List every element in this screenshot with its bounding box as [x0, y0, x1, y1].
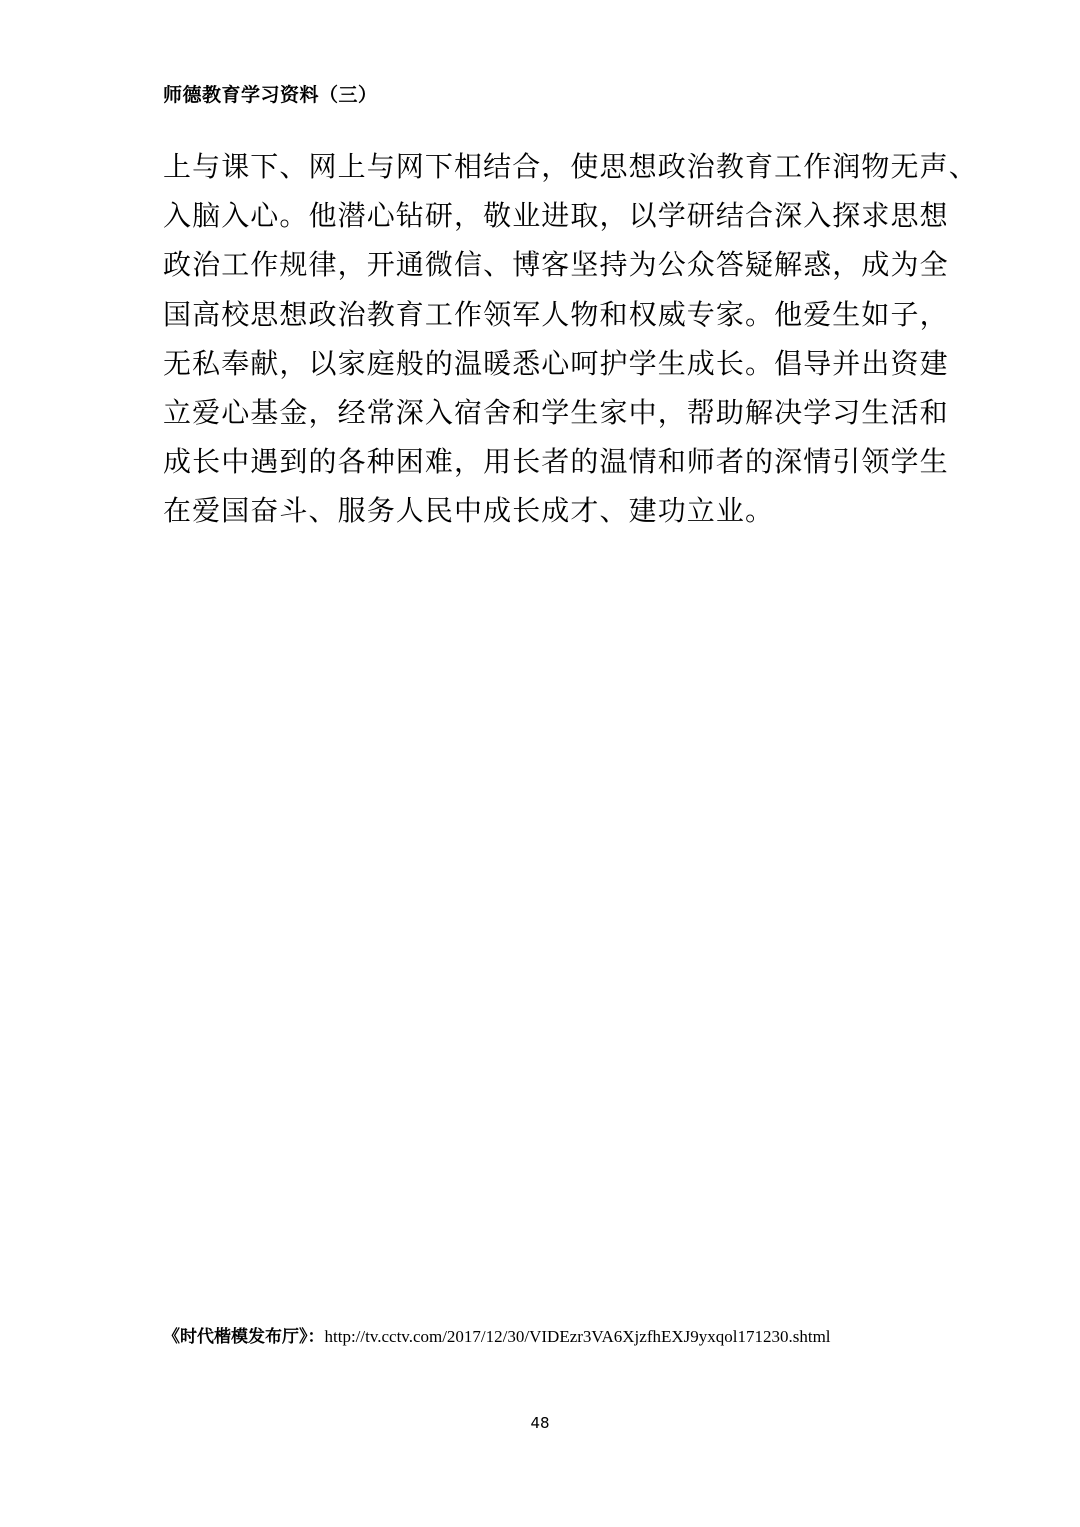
paragraph-line: 政治工作规律，开通微信、博客坚持为公众答疑解惑，成为全: [163, 240, 923, 289]
body-paragraph: 上与课下、网上与网下相结合，使思想政治教育工作润物无声、 入脑入心。他潜心钻研，…: [163, 142, 923, 536]
paragraph-line: 立爱心基金，经常深入宿舍和学生家中，帮助解决学习生活和: [163, 388, 923, 437]
paragraph-line: 无私奉献，以家庭般的温暖悉心呵护学生成长。倡导并出资建: [163, 339, 923, 388]
document-header: 师德教育学习资料（三）: [163, 80, 378, 107]
paragraph-line: 国高校思想政治教育工作领军人物和权威专家。他爱生如子，: [163, 290, 923, 339]
paragraph-line: 上与课下、网上与网下相结合，使思想政治教育工作润物无声、: [163, 142, 923, 191]
paragraph-line: 成长中遇到的各种困难，用长者的温情和师者的深情引领学生: [163, 437, 923, 486]
paragraph-line: 在爱国奋斗、服务人民中成长成才、建功立业。: [163, 486, 923, 535]
page-number: 48: [0, 1414, 1080, 1432]
source-citation: 《时代楷模发布厅》：http://tv.cctv.com/2017/12/30/…: [163, 1322, 831, 1347]
paragraph-line: 入脑入心。他潜心钻研，敬业进取，以学研结合深入探求思想: [163, 191, 923, 240]
source-title: 《时代楷模发布厅》：: [163, 1327, 325, 1347]
source-url-link[interactable]: http://tv.cctv.com/2017/12/30/VIDEzr3VA6…: [325, 1327, 831, 1346]
